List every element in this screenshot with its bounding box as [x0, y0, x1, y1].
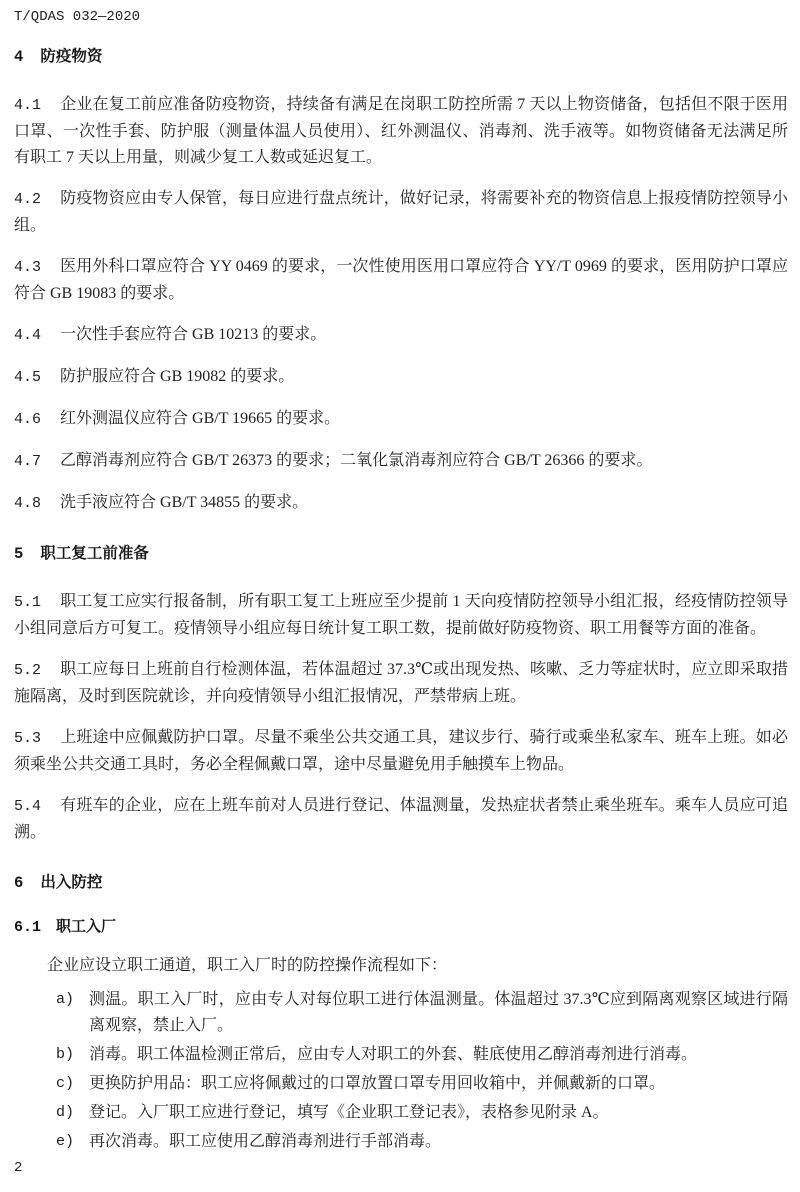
- subsection-title: 职工入厂: [56, 918, 116, 935]
- clause-5-3: 5.3上班途中应佩戴防护口罩。尽量不乘坐公共交通工具，建议步行、骑行或乘坐私家车…: [14, 725, 788, 778]
- section-title: 职工复工前准备: [40, 545, 149, 562]
- list-item-text: 再次消毒。职工应使用乙醇消毒剂进行手部消毒。: [89, 1129, 788, 1155]
- list-item-e: e) 再次消毒。职工应使用乙醇消毒剂进行手部消毒。: [14, 1129, 788, 1155]
- list-marker: a): [56, 987, 89, 1039]
- clause-5-2: 5.2职工应每日上班前自行检测体温，若体温超过 37.3℃或出现发热、咳嗽、乏力…: [14, 657, 788, 710]
- list-item-text: 测温。职工入厂时，应由专人对每位职工进行体温测量。体温超过 37.3℃应到隔离观…: [89, 987, 788, 1039]
- clause-4-3: 4.3医用外科口罩应符合 YY 0469 的要求，一次性使用医用口罩应符合 YY…: [14, 254, 788, 307]
- section-title: 防疫物资: [40, 48, 102, 65]
- section-number: 4: [14, 48, 23, 66]
- subsection-heading-6-1: 6.1职工入厂: [14, 916, 788, 939]
- clause-text: 洗手液应符合 GB/T 34855 的要求。: [60, 494, 308, 511]
- clause-number: 5.3: [14, 730, 41, 747]
- section-title: 出入防控: [40, 874, 102, 891]
- list-item-c: c) 更换防护用品：职工应将佩戴过的口罩放置口罩专用回收箱中，并佩戴新的口罩。: [14, 1071, 788, 1097]
- clause-number: 4.7: [14, 453, 41, 470]
- clause-number: 5.4: [14, 798, 41, 815]
- clause-5-4: 5.4有班车的企业，应在上班车前对人员进行登记、体温测量，发热症状者禁止乘坐班车…: [14, 793, 788, 846]
- list-marker: b): [56, 1042, 89, 1068]
- clause-number: 4.1: [14, 97, 41, 114]
- section-heading-4: 4防疫物资: [14, 46, 788, 68]
- clause-text: 医用外科口罩应符合 YY 0469 的要求，一次性使用医用口罩应符合 YY/T …: [14, 258, 788, 302]
- clause-text: 有班车的企业，应在上班车前对人员进行登记、体温测量，发热症状者禁止乘坐班车。乘车…: [14, 797, 788, 841]
- clause-number: 4.8: [14, 495, 41, 512]
- clause-text: 职工应每日上班前自行检测体温，若体温超过 37.3℃或出现发热、咳嗽、乏力等症状…: [14, 661, 788, 705]
- document-page: T/QDAS 032—2020 4防疫物资 4.1企业在复工前应准备防疫物资，持…: [0, 0, 800, 1155]
- clause-text: 一次性手套应符合 GB 10213 的要求。: [60, 326, 326, 343]
- list-item-d: d) 登记。入厂职工应进行登记，填写《企业职工登记表》，表格参见附录 A。: [14, 1100, 788, 1126]
- clause-4-1: 4.1企业在复工前应准备防疫物资，持续备有满足在岗职工防控所需 7 天以上物资储…: [14, 92, 788, 171]
- section-heading-5: 5职工复工前准备: [14, 543, 788, 565]
- clause-number: 5.1: [14, 594, 41, 611]
- clause-number: 4.3: [14, 259, 41, 276]
- section-number: 6: [14, 874, 23, 892]
- clause-4-8: 4.8洗手液应符合 GB/T 34855 的要求。: [14, 490, 788, 517]
- clause-text: 防疫物资应由专人保管，每日应进行盘点统计，做好记录，将需要补充的物资信息上报疫情…: [14, 190, 788, 234]
- list-item-text: 登记。入厂职工应进行登记，填写《企业职工登记表》，表格参见附录 A。: [89, 1100, 788, 1126]
- section-number: 5: [14, 545, 23, 563]
- clause-5-1: 5.1职工复工应实行报备制，所有职工复工上班应至少提前 1 天向疫情防控领导小组…: [14, 589, 788, 642]
- page-number: 2: [14, 1160, 22, 1176]
- list-item-text: 更换防护用品：职工应将佩戴过的口罩放置口罩专用回收箱中，并佩戴新的口罩。: [89, 1071, 788, 1097]
- clause-number: 4.6: [14, 411, 41, 428]
- clause-4-7: 4.7乙醇消毒剂应符合 GB/T 26373 的要求；二氧化氯消毒剂应符合 GB…: [14, 448, 788, 475]
- clause-text: 乙醇消毒剂应符合 GB/T 26373 的要求；二氧化氯消毒剂应符合 GB/T …: [60, 452, 652, 469]
- clause-number: 5.2: [14, 662, 41, 679]
- list-item-a: a) 测温。职工入厂时，应由专人对每位职工进行体温测量。体温超过 37.3℃应到…: [14, 987, 788, 1039]
- list-marker: d): [56, 1100, 89, 1126]
- subsection-number: 6.1: [14, 919, 41, 936]
- clause-4-2: 4.2防疫物资应由专人保管，每日应进行盘点统计，做好记录，将需要补充的物资信息上…: [14, 186, 788, 239]
- document-header: T/QDAS 032—2020: [14, 8, 788, 26]
- clause-text: 企业在复工前应准备防疫物资，持续备有满足在岗职工防控所需 7 天以上物资储备，包…: [14, 96, 788, 166]
- clause-text: 上班途中应佩戴防护口罩。尽量不乘坐公共交通工具，建议步行、骑行或乘坐私家车、班车…: [14, 729, 788, 773]
- clause-number: 4.5: [14, 369, 41, 386]
- list-marker: e): [56, 1129, 89, 1155]
- clause-text: 防护服应符合 GB 19082 的要求。: [60, 368, 294, 385]
- clause-text: 红外测温仪应符合 GB/T 19665 的要求。: [60, 410, 340, 427]
- section-heading-6: 6出入防控: [14, 872, 788, 894]
- clause-text: 职工复工应实行报备制，所有职工复工上班应至少提前 1 天向疫情防控领导小组汇报，…: [14, 593, 788, 637]
- clause-number: 4.2: [14, 191, 41, 208]
- clause-4-5: 4.5防护服应符合 GB 19082 的要求。: [14, 364, 788, 391]
- intro-paragraph: 企业应设立职工通道，职工入厂时的防控操作流程如下：: [14, 953, 788, 979]
- list-item-text: 消毒。职工体温检测正常后，应由专人对职工的外套、鞋底使用乙醇消毒剂进行消毒。: [89, 1042, 788, 1068]
- clause-4-6: 4.6红外测温仪应符合 GB/T 19665 的要求。: [14, 406, 788, 433]
- list-marker: c): [56, 1071, 89, 1097]
- clause-number: 4.4: [14, 327, 41, 344]
- clause-4-4: 4.4一次性手套应符合 GB 10213 的要求。: [14, 322, 788, 349]
- list-item-b: b) 消毒。职工体温检测正常后，应由专人对职工的外套、鞋底使用乙醇消毒剂进行消毒…: [14, 1042, 788, 1068]
